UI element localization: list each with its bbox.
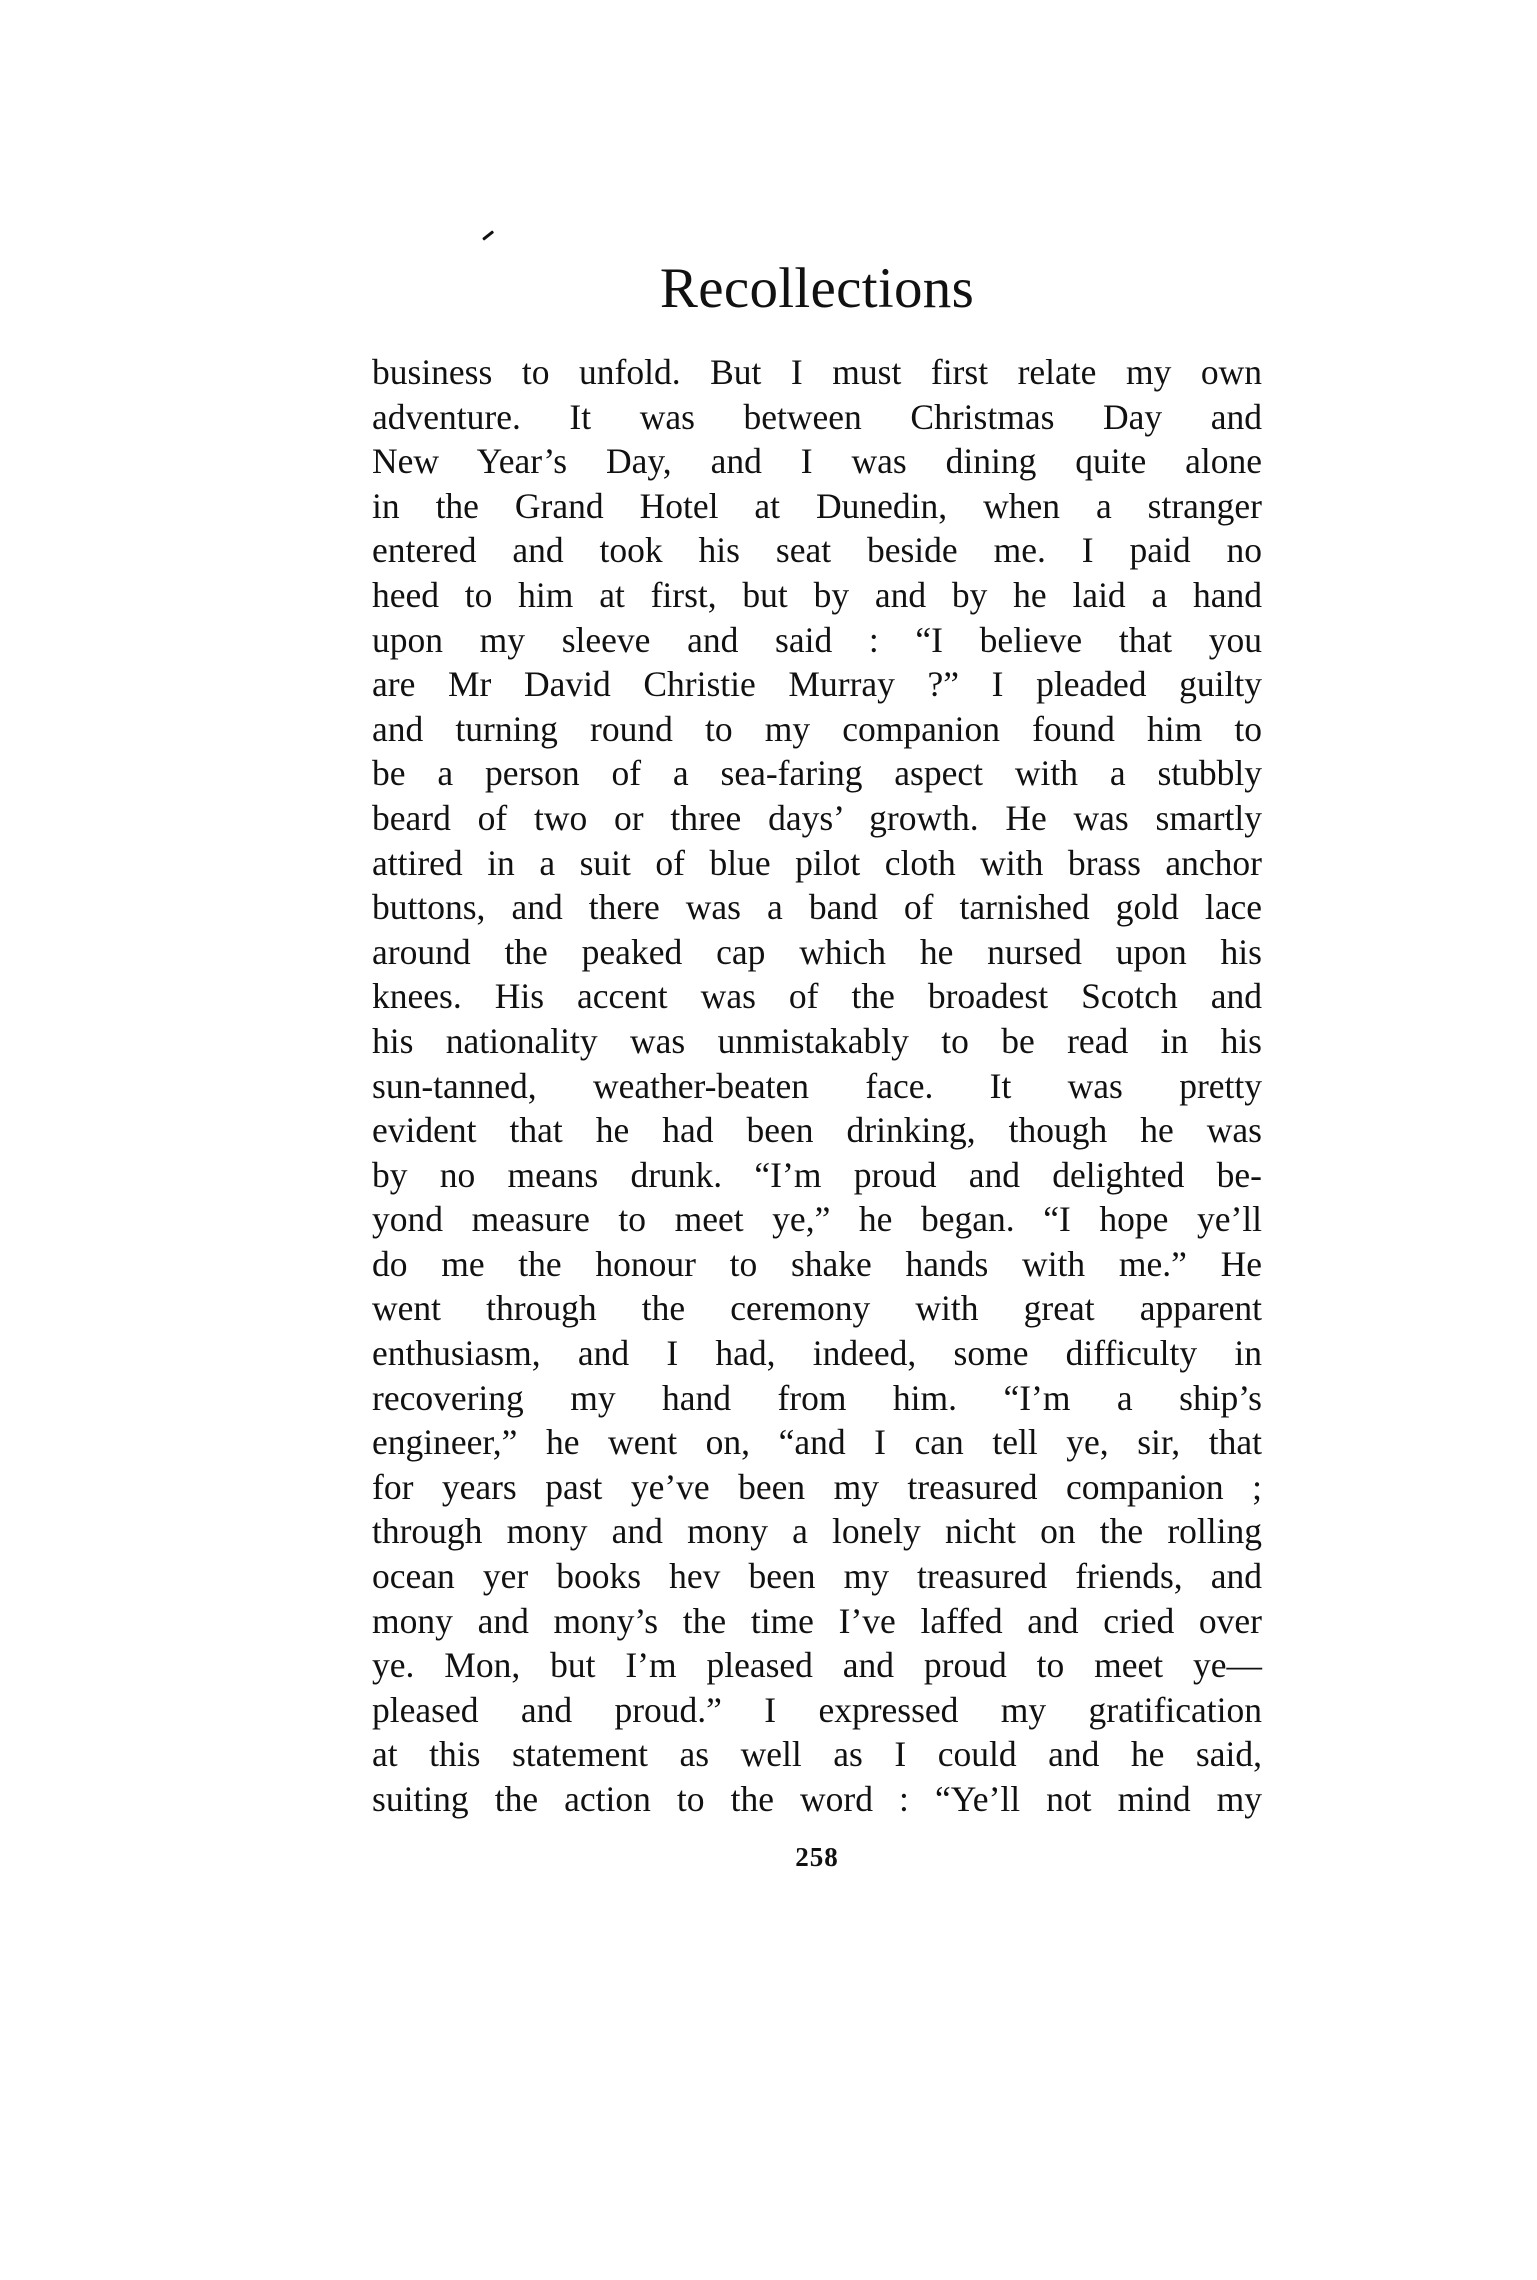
text-line: in the Grand Hotel at Dunedin, when a st… bbox=[372, 484, 1262, 529]
text-line-content: for years past ye’ve been my treasured c… bbox=[372, 1467, 1262, 1507]
text-line-content: evident that he had been drinking, thoug… bbox=[372, 1110, 1262, 1150]
text-line: pleased and proud.” I expressed my grati… bbox=[372, 1688, 1262, 1733]
text-line: are Mr David Christie Murray ?” I pleade… bbox=[372, 662, 1262, 707]
text-line: do me the honour to shake hands with me.… bbox=[372, 1242, 1262, 1287]
text-line-content: New Year’s Day, and I was dining quite a… bbox=[372, 441, 1262, 481]
text-line-content: beard of two or three days’ growth. He w… bbox=[372, 798, 1262, 838]
running-head-title: Recollections bbox=[372, 256, 1262, 322]
book-page: Recollections business to unfold. But I … bbox=[0, 0, 1537, 2280]
text-line-content: ye. Mon, but I’m pleased and proud to me… bbox=[372, 1645, 1262, 1685]
text-line: knees. His accent was of the broadest Sc… bbox=[372, 974, 1262, 1019]
text-line: around the peaked cap which he nursed up… bbox=[372, 930, 1262, 975]
text-line: for years past ye’ve been my treasured c… bbox=[372, 1465, 1262, 1510]
text-line: mony and mony’s the time I’ve laffed and… bbox=[372, 1599, 1262, 1644]
text-line-content: pleased and proud.” I expressed my grati… bbox=[372, 1690, 1262, 1730]
text-line-content: buttons, and there was a band of tarnish… bbox=[372, 887, 1262, 927]
text-line: ocean yer books hev been my treasured fr… bbox=[372, 1554, 1262, 1599]
text-line-content: enthusiasm, and I had, indeed, some diff… bbox=[372, 1333, 1262, 1373]
text-line: New Year’s Day, and I was dining quite a… bbox=[372, 439, 1262, 484]
text-line-content: in the Grand Hotel at Dunedin, when a st… bbox=[372, 486, 1262, 526]
text-line: yond measure to meet ye,” he began. “I h… bbox=[372, 1197, 1262, 1242]
text-line: sun-tanned, weather-beaten face. It was … bbox=[372, 1064, 1262, 1109]
text-line: ye. Mon, but I’m pleased and proud to me… bbox=[372, 1643, 1262, 1688]
text-line-content: his nationality was unmistakably to be r… bbox=[372, 1021, 1262, 1061]
text-line-content: entered and took his seat beside me. I p… bbox=[372, 530, 1262, 570]
text-line-content: mony and mony’s the time I’ve laffed and… bbox=[372, 1601, 1262, 1641]
text-line: suiting the action to the word : “Ye’ll … bbox=[372, 1777, 1262, 1822]
text-line: at this statement as well as I could and… bbox=[372, 1732, 1262, 1777]
text-line-content: went through the ceremony with great app… bbox=[372, 1288, 1262, 1328]
text-line-content: knees. His accent was of the broadest Sc… bbox=[372, 976, 1262, 1016]
text-line-content: do me the honour to shake hands with me.… bbox=[372, 1244, 1262, 1284]
page-number: 258 bbox=[372, 1840, 1262, 1874]
text-line-content: and turning round to my companion found … bbox=[372, 709, 1262, 749]
body-text: business to unfold. But I must first rel… bbox=[372, 350, 1262, 1822]
text-line-content: through mony and mony a lonely nicht on … bbox=[372, 1511, 1262, 1551]
text-line: evident that he had been drinking, thoug… bbox=[372, 1108, 1262, 1153]
text-line-content: upon my sleeve and said : “I believe tha… bbox=[372, 620, 1262, 660]
text-line: adventure. It was between Christmas Day … bbox=[372, 395, 1262, 440]
text-line: enthusiasm, and I had, indeed, some diff… bbox=[372, 1331, 1262, 1376]
text-line: upon my sleeve and said : “I believe tha… bbox=[372, 618, 1262, 663]
text-line: heed to him at first, but by and by he l… bbox=[372, 573, 1262, 618]
text-line-content: recovering my hand from him. “I’m a ship… bbox=[372, 1378, 1262, 1418]
text-line: and turning round to my companion found … bbox=[372, 707, 1262, 752]
text-line-content: ocean yer books hev been my treasured fr… bbox=[372, 1556, 1262, 1596]
text-line-content: at this statement as well as I could and… bbox=[372, 1734, 1262, 1774]
text-line: attired in a suit of blue pilot cloth wi… bbox=[372, 841, 1262, 886]
text-line-content: be a person of a sea-faring aspect with … bbox=[372, 753, 1262, 793]
text-line-content: sun-tanned, weather-beaten face. It was … bbox=[372, 1066, 1262, 1106]
text-line: buttons, and there was a band of tarnish… bbox=[372, 885, 1262, 930]
text-line-content: adventure. It was between Christmas Day … bbox=[372, 397, 1262, 437]
text-line: recovering my hand from him. “I’m a ship… bbox=[372, 1376, 1262, 1421]
text-line-content: yond measure to meet ye,” he began. “I h… bbox=[372, 1199, 1262, 1239]
text-line-content: business to unfold. But I must first rel… bbox=[372, 352, 1262, 392]
text-line: be a person of a sea-faring aspect with … bbox=[372, 751, 1262, 796]
text-line: entered and took his seat beside me. I p… bbox=[372, 528, 1262, 573]
text-line-content: by no means drunk. “I’m proud and deligh… bbox=[372, 1155, 1262, 1195]
text-line: his nationality was unmistakably to be r… bbox=[372, 1019, 1262, 1064]
text-line: beard of two or three days’ growth. He w… bbox=[372, 796, 1262, 841]
text-line-content: engineer,” he went on, “and I can tell y… bbox=[372, 1422, 1262, 1462]
text-line-content: around the peaked cap which he nursed up… bbox=[372, 932, 1262, 972]
text-line: engineer,” he went on, “and I can tell y… bbox=[372, 1420, 1262, 1465]
text-line: business to unfold. But I must first rel… bbox=[372, 350, 1262, 395]
text-line-content: attired in a suit of blue pilot cloth wi… bbox=[372, 843, 1262, 883]
stray-ink-mark bbox=[482, 230, 494, 240]
text-line: by no means drunk. “I’m proud and deligh… bbox=[372, 1153, 1262, 1198]
text-line-content: are Mr David Christie Murray ?” I pleade… bbox=[372, 664, 1262, 704]
text-line-content: suiting the action to the word : “Ye’ll … bbox=[372, 1779, 1262, 1819]
text-line: through mony and mony a lonely nicht on … bbox=[372, 1509, 1262, 1554]
text-line: went through the ceremony with great app… bbox=[372, 1286, 1262, 1331]
text-line-content: heed to him at first, but by and by he l… bbox=[372, 575, 1262, 615]
